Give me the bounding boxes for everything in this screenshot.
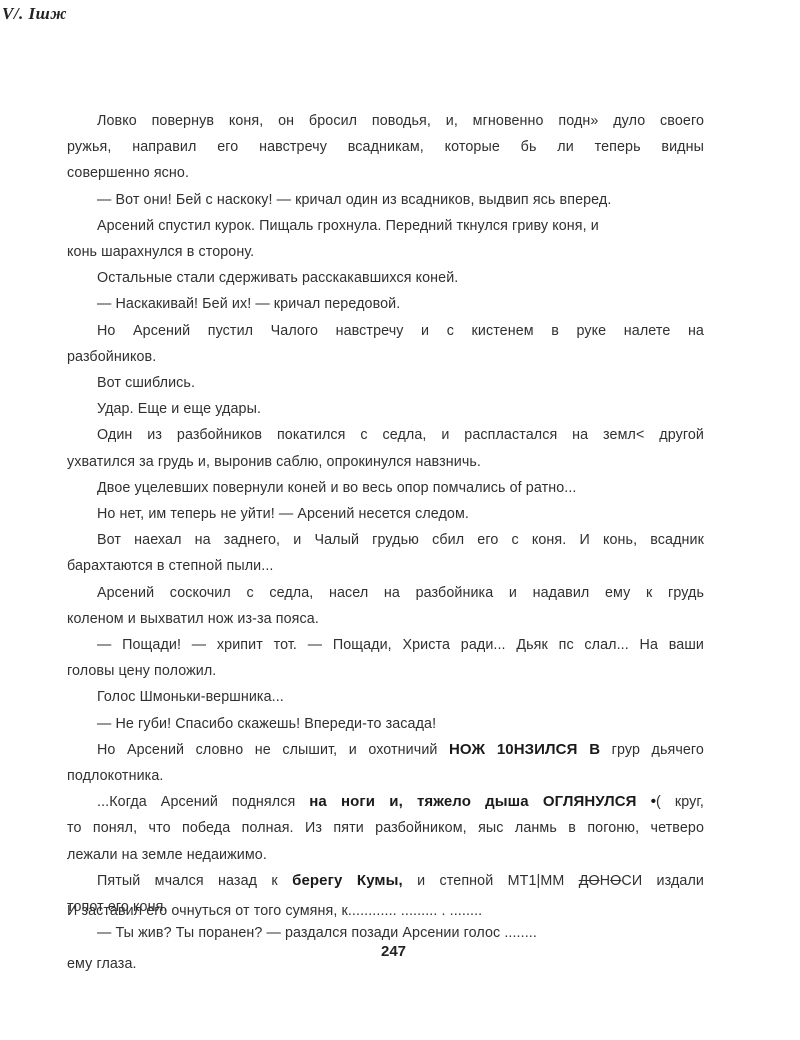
- text-line: коленом и выхватил нож из-за пояса.: [67, 609, 704, 635]
- text-fragment: ...Когда Арсений поднялся: [97, 794, 309, 810]
- text-line: ...Когда Арсений поднялся на ноги и, тяж…: [97, 792, 704, 818]
- text-line: головы цену положил.: [67, 661, 704, 687]
- text-line: Арсений соскочил с седла, насел на разбо…: [97, 583, 704, 609]
- bold-text-fragment: НОЖ 10НЗИЛСЯ В: [449, 741, 600, 758]
- text-line: Но Арсений словно не слышит, и охотничий…: [97, 740, 704, 766]
- text-line: подлокотника.: [67, 766, 704, 792]
- text-fragment: грур дьячего: [600, 742, 704, 758]
- text-line: Удар. Еще и еще удары.: [97, 399, 704, 425]
- text-fragment: Пятый мчался назад к: [97, 873, 292, 889]
- text-line: Один из разбойников покатился с седла, и…: [97, 425, 704, 451]
- text-line: то понял, что победа полная. Из пяти раз…: [67, 818, 704, 844]
- page-number: 247: [381, 943, 406, 960]
- text-line: разбойников.: [67, 347, 704, 373]
- struck-text-fragment: ДО: [579, 873, 600, 889]
- text-fragment: ( круг,: [656, 794, 704, 810]
- text-line: лежали на земле недаижимо.: [67, 845, 704, 871]
- page-body: Ловко повернув коня, он бросил поводья, …: [0, 0, 800, 1040]
- text-line: Пятый мчался назад к берегу Кумы, и степ…: [97, 871, 704, 897]
- text-line: — Вот они! Бей с наскоку! — кричал один …: [97, 190, 704, 216]
- text-line: — Не губи! Спасибо скажешь! Впереди-то з…: [97, 714, 704, 740]
- text-line: Арсений спустил курок. Пищаль грохнула. …: [97, 216, 704, 242]
- text-line: Остальные стали сдерживать расскакавшихс…: [97, 268, 704, 294]
- bold-text-fragment: берегу Кумы,: [292, 872, 403, 889]
- text-line: Ловко повернув коня, он бросил поводья, …: [97, 111, 704, 137]
- struck-text-fragment: О: [610, 873, 621, 889]
- text-line: — Пощади! — хрипит тот. — Пощади, Христа…: [97, 635, 704, 661]
- text-line: — Наскакивай! Бей их! — кричал передовой…: [97, 294, 704, 320]
- text-line: Вот наехал на заднего, и Чалый грудью сб…: [97, 530, 704, 556]
- text-line: И заставил его очнуться от того сумяня, …: [67, 901, 704, 927]
- text-fragment: Но Арсений словно не слышит, и охотничий: [97, 742, 449, 758]
- text-line: конь шарахнулся в сторону.: [67, 242, 704, 268]
- text-fragment: и степной МТ1|ММ: [403, 873, 579, 889]
- text-line: Голос Шмоньки-вершника...: [97, 687, 704, 713]
- text-line: Но нет, им теперь не уйти! — Арсений нес…: [97, 504, 704, 530]
- text-line: ухватился за грудь и, выронив саблю, опр…: [67, 452, 704, 478]
- text-line: ружья, направил его навстречу всадникам,…: [67, 137, 704, 163]
- text-fragment: СИ издали: [621, 873, 704, 889]
- text-line: барахтаются в степной пыли...: [67, 556, 704, 582]
- bold-text-fragment: на ноги и, тяжело дыша ОГЛЯНУЛСЯ •: [309, 793, 656, 810]
- text-line: Но Арсений пустил Чалого навстречу и с к…: [97, 321, 704, 347]
- text-line: Двое уцелевших повернули коней и во весь…: [97, 478, 704, 504]
- text-line: Вот сшиблись.: [97, 373, 704, 399]
- text-line: совершенно ясно.: [67, 163, 704, 189]
- text-fragment: Н: [600, 873, 610, 889]
